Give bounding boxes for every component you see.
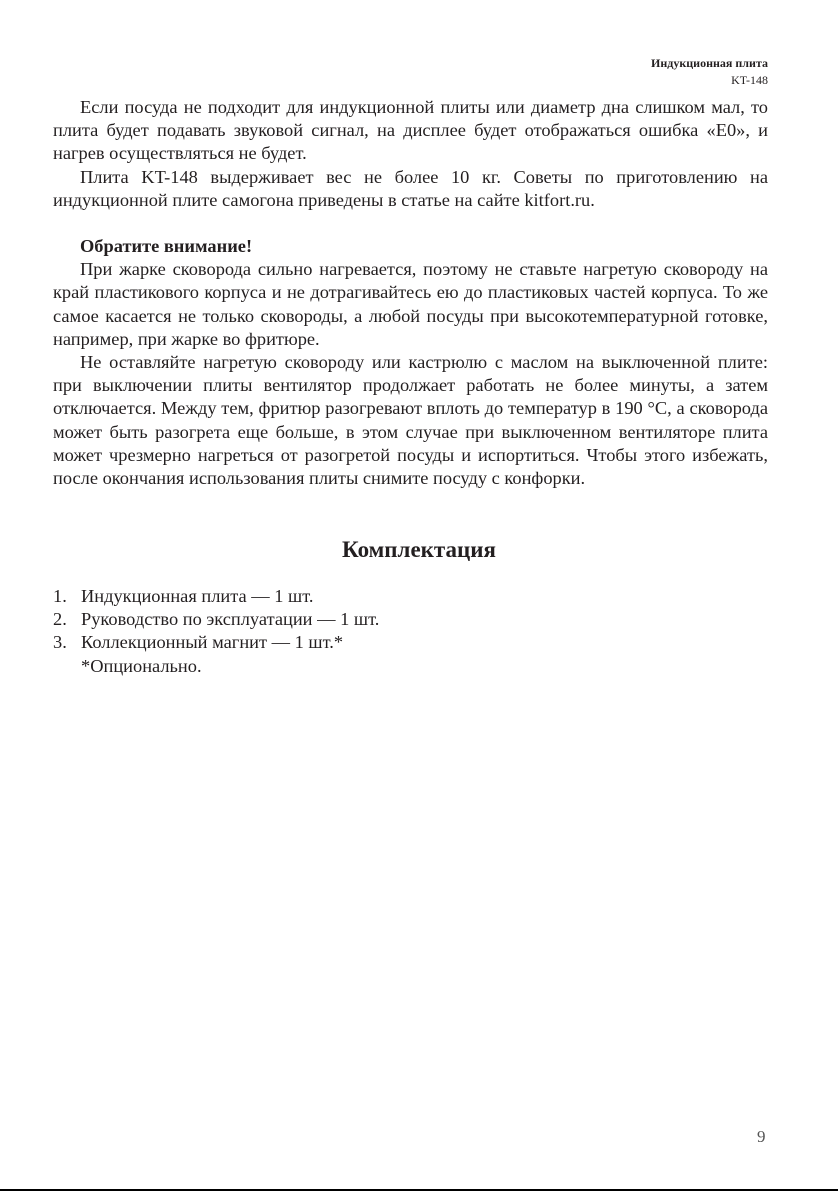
paragraph: Если посуда не подходит для индукционной… xyxy=(53,96,768,166)
list-number: 2. xyxy=(53,608,81,631)
header-title: Индукционная плита xyxy=(651,55,768,72)
header-model: KT-148 xyxy=(651,72,768,89)
list-item: 3. Коллекционный магнит — 1 шт.* xyxy=(53,631,768,654)
list-item: 1. Индукционная плита — 1 шт. xyxy=(53,585,768,608)
note-paragraph: При жарке сковорода сильно нагревается, … xyxy=(53,258,768,351)
note-title: Обратите внимание! xyxy=(53,235,768,258)
spacer xyxy=(53,212,768,235)
list-item: 2. Руководство по эксплуатации — 1 шт. xyxy=(53,608,768,631)
list-text: Руководство по эксплуатации — 1 шт. xyxy=(81,608,379,631)
kit-footnote: *Опционально. xyxy=(53,655,768,678)
body-text: Если посуда не подходит для индукционной… xyxy=(53,96,768,490)
list-number: 1. xyxy=(53,585,81,608)
list-number: 3. xyxy=(53,631,81,654)
page-number: 9 xyxy=(757,1127,766,1147)
running-header: Индукционная плита KT-148 xyxy=(651,55,768,89)
list-text: Индукционная плита — 1 шт. xyxy=(81,585,313,608)
list-text: Коллекционный магнит — 1 шт.* xyxy=(81,631,343,654)
section-title: Комплектация xyxy=(0,536,838,564)
kit-list: 1. Индукционная плита — 1 шт. 2. Руковод… xyxy=(53,585,768,678)
note-paragraph: Не оставляйте нагретую сковороду или кас… xyxy=(53,351,768,490)
paragraph: Плита KT-148 выдерживает вес не более 10… xyxy=(53,166,768,212)
